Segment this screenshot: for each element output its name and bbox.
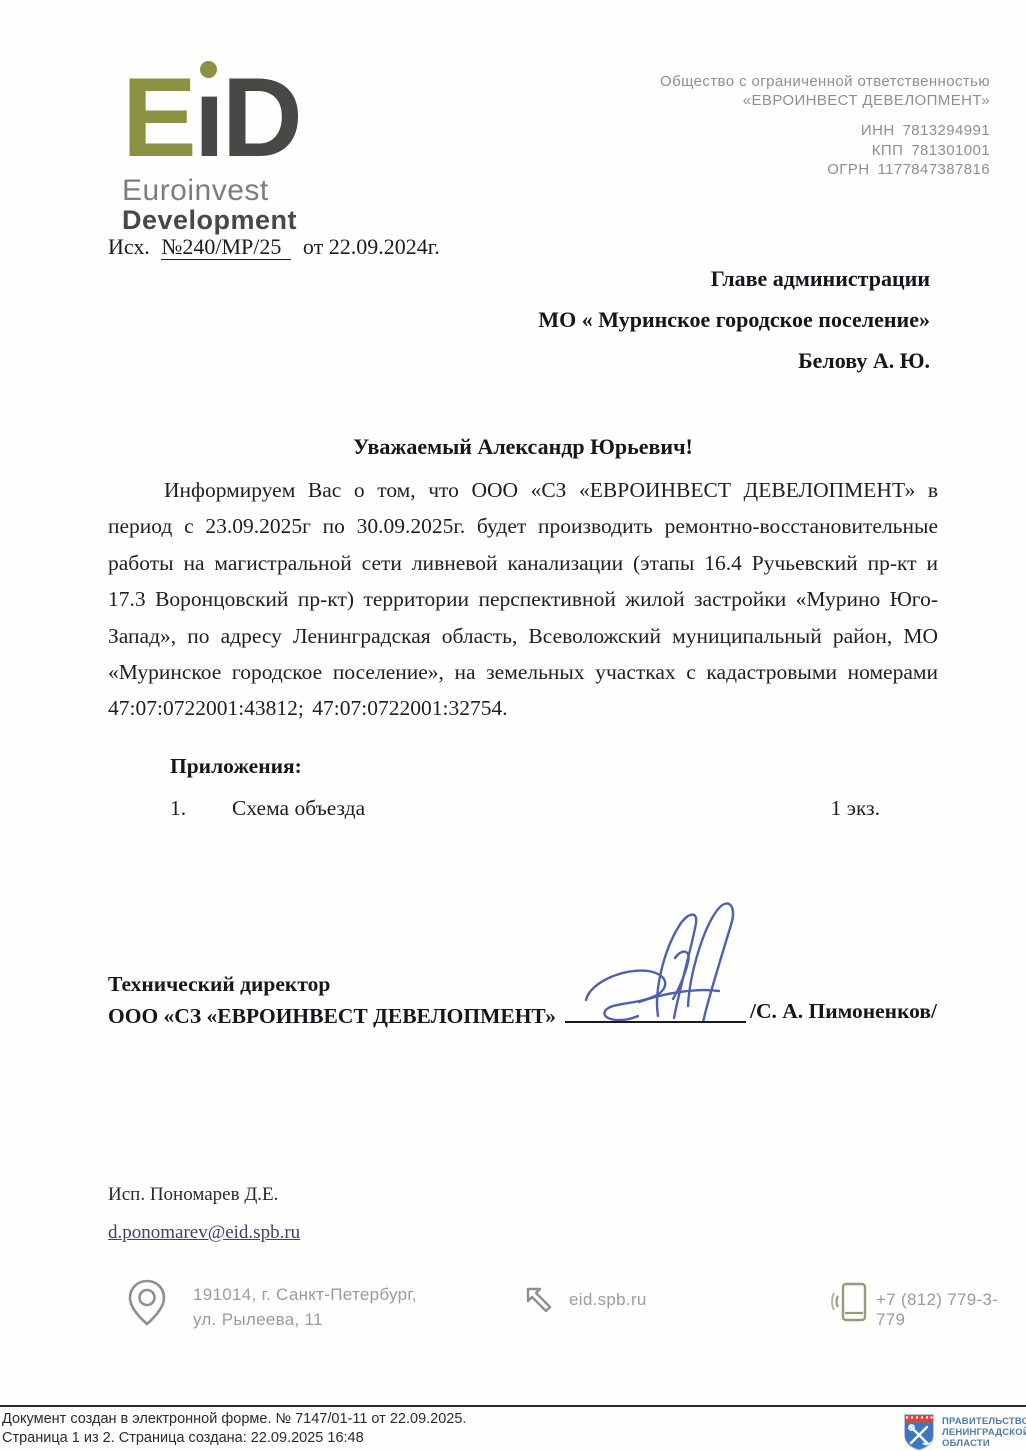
company-logo: EıD Euroinvest Development [122,62,342,234]
logo-letter-i: ı [194,55,222,180]
addressee-title: Главе администрации [538,258,930,299]
letter-body-paragraph: Информируем Вас о том, что ООО «СЗ «ЕВРО… [108,472,938,727]
contact-footer: 191014, г. Санкт-Петербург, ул. Рылеева,… [0,1272,1026,1342]
edocument-info-line1: Документ создан в электронной форме. № 7… [2,1410,466,1429]
postal-address-line1: 191014, г. Санкт-Петербург, [193,1282,417,1307]
organization-name: «ЕВРОИНВЕСТ ДЕВЕЛОПМЕНТ» [660,91,990,110]
signature-underline [565,1021,746,1023]
attachment-number: 1. [170,796,232,821]
government-stamp: ПРАВИТЕЛЬСТВО ЛЕНИНГРАДСКОЙ ОБЛАСТИ [903,1413,1026,1451]
logo-subtitle-development: Development [122,206,342,234]
kpp-line: КПП781301001 [827,141,990,161]
phone-number: +7 (812) 779-3-779 [876,1290,1026,1330]
attachment-name: Схема объезда [232,796,831,821]
leningrad-oblast-coat-of-arms-icon [903,1413,935,1451]
cursor-arrow-icon [521,1282,559,1320]
edocument-info-line2: Страница 1 из 2. Страница создана: 22.09… [2,1429,466,1448]
inn-line: ИНН7813294991 [827,121,990,141]
mobile-phone-icon [831,1280,871,1324]
logo-subtitle-euroinvest: Euroinvest [122,176,342,206]
reference-number: №240/МР/25 [161,234,291,260]
government-stamp-text: ПРАВИТЕЛЬСТВО ЛЕНИНГРАДСКОЙ ОБЛАСТИ [942,1416,1026,1449]
logo-i-dot [200,61,217,78]
addressee-person: Белову А. Ю. [538,340,930,381]
location-pin-icon [126,1278,168,1328]
signer-name: /С. А. Пимоненков/ [750,999,937,1024]
edocument-info: Документ создан в электронной форме. № 7… [2,1410,466,1447]
signer-position-title: Технический директор [108,968,556,1000]
signer-company: ООО «СЗ «ЕВРОИНВЕСТ ДЕВЕЛОПМЕНТ» [108,1000,556,1032]
addressee-block: Главе администрации МО « Муринское город… [538,258,930,381]
salutation: Уважаемый Александр Юрьевич! [108,434,938,460]
attachment-row: 1. Схема объезда 1 экз. [170,796,880,821]
organization-name-block: Общество с ограниченной ответственностью… [660,72,990,110]
outgoing-reference-line: Исх. №240/МР/25 от 22.09.2024г. [108,234,440,260]
logo-letter-d: D [222,55,300,180]
handwritten-signature [572,898,772,1038]
logo-eid-lettermark: EıD [122,62,342,174]
reference-prefix: Исх. [108,234,150,259]
signer-position-block: Технический директор ООО «СЗ «ЕВРОИНВЕСТ… [108,968,556,1032]
organization-codes-block: ИНН7813294991 КПП781301001 ОГРН117784738… [827,121,990,180]
addressee-municipality: МО « Муринское городское поселение» [538,299,930,340]
attachment-copies: 1 экз. [831,796,880,821]
postal-address-line2: ул. Рылеева, 11 [193,1307,417,1332]
ogrn-line: ОГРН1177847387816 [827,160,990,180]
reference-date: от 22.09.2024г. [303,234,440,259]
executor-line: Исп. Пономарев Д.Е. [108,1184,278,1206]
logo-letter-e: E [122,55,194,180]
website-text: eid.spb.ru [569,1290,647,1310]
executor-email-link[interactable]: d.ponomarev@eid.spb.ru [108,1222,300,1244]
organization-form: Общество с ограниченной ответственностью [660,72,990,91]
postal-address: 191014, г. Санкт-Петербург, ул. Рылеева,… [193,1282,417,1332]
letter-page: EıD Euroinvest Development Общество с ог… [0,0,1026,1451]
attachments-heading: Приложения: [170,754,302,779]
edocument-status-bar: Документ создан в электронной форме. № 7… [0,1405,1026,1451]
